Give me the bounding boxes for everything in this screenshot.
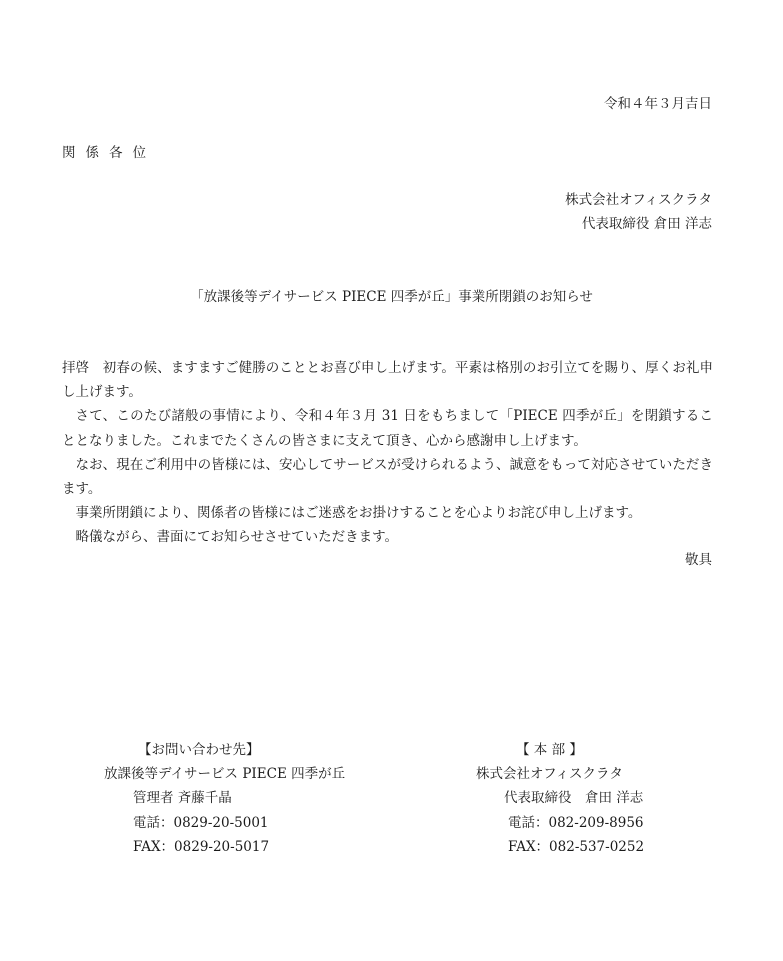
body-paragraph-closure-notice: さて、このたび諸般の事情により、令和４年３月 31 日をもちまして「PIECE … [62,404,713,452]
body-paragraph-current-users: なお、現在ご利用中の皆様には、安心してサービスが受けられるよう、誠意をもって対応… [62,453,713,501]
letter-closing: 敬具 [685,548,712,568]
sender-representative: 代表取締役 倉田 洋志 [565,212,712,236]
letter-date: 令和４年３月吉日 [604,92,712,112]
inquiry-phone: 電話：0829-20-5001 [104,811,345,835]
inquiry-fax: FAX：0829-20-5017 [104,835,345,859]
headquarters-fax: FAX：082-537-0252 [476,835,644,859]
inquiry-manager: 管理者 斉藤千晶 [104,786,345,810]
sender-block: 株式会社オフィスクラタ 代表取締役 倉田 洋志 [565,188,712,236]
inquiry-heading: 【お問い合わせ先】 [104,738,345,762]
sender-company: 株式会社オフィスクラタ [565,188,712,212]
addressee: 関係各位 [62,141,156,161]
body-paragraph-greeting: 拝啓 初春の候、ますますご健勝のこととお喜び申し上げます。平素は格別のお引立てを… [62,356,713,404]
headquarters-phone: 電話：082-209-8956 [476,811,644,835]
headquarters-contact-block: 【 本 部 】 株式会社オフィスクラタ 代表取締役 倉田 洋志 電話：082-2… [476,738,644,859]
inquiry-contact-block: 【お問い合わせ先】 放課後等デイサービス PIECE 四季が丘 管理者 斉藤千晶… [104,738,345,859]
body-paragraph-apology: 事業所閉鎖により、関係者の皆様にはご迷惑をお掛けすることを心よりお詫び申し上げま… [62,501,713,525]
headquarters-company: 株式会社オフィスクラタ [476,762,644,786]
headquarters-heading: 【 本 部 】 [476,738,644,762]
headquarters-representative: 代表取締役 倉田 洋志 [476,786,644,810]
letter-subject: 「放課後等デイサービス PIECE 四季が丘」事業所閉鎖のお知らせ [0,285,783,305]
letter-body: 拝啓 初春の候、ますますご健勝のこととお喜び申し上げます。平素は格別のお引立てを… [62,356,713,550]
body-paragraph-final: 略儀ながら、書面にてお知らせさせていただきます。 [62,525,713,549]
inquiry-facility: 放課後等デイサービス PIECE 四季が丘 [104,762,345,786]
